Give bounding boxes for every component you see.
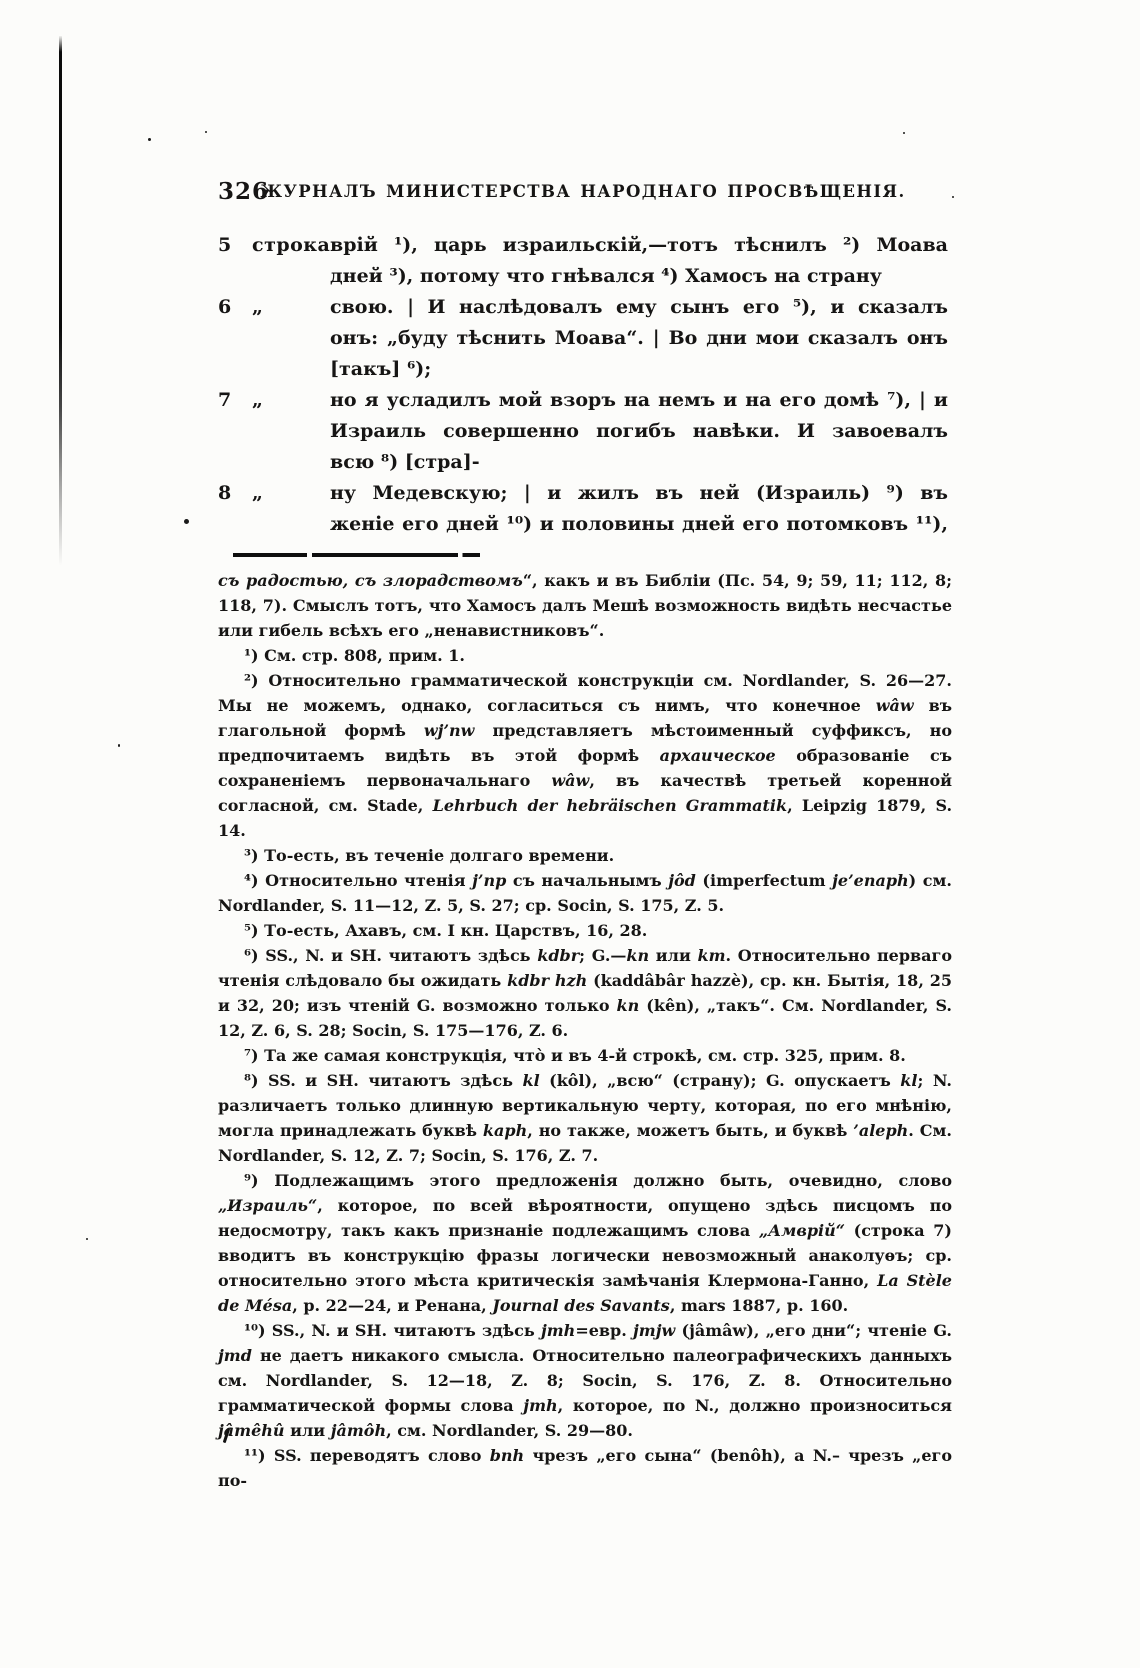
footnote-9: ⁹) Подлежащимъ этого предложенія должно …	[218, 1168, 952, 1318]
stele-line-row-7: 7 „ но я усладилъ мой взоръ на немъ и на…	[218, 385, 948, 478]
line-ref: 8 „	[218, 478, 330, 540]
line-ref: 7 „	[218, 385, 330, 478]
line-number: 5	[218, 230, 252, 292]
footnote-7: ⁷) Та же самая конструкція, что̀ и въ 4-…	[218, 1043, 952, 1068]
line-number: 6	[218, 292, 252, 385]
footnote-2: ²) Относительно грамматической конструкц…	[218, 668, 952, 843]
scan-speck	[205, 131, 207, 133]
scan-speck	[952, 196, 954, 198]
line-text: врій ¹), царь израильскій,—тотъ тѣснилъ …	[330, 230, 948, 292]
scanned-journal-page: 326 ЖУРНАЛЪ МИНИСТЕРСТВА НАРОДНАГО ПРОСВ…	[0, 0, 1140, 1668]
scan-speck	[86, 1238, 88, 1240]
footnote-3: ³) То-есть, въ теченіе долгаго времени.	[218, 843, 952, 868]
line-text: свою. | И наслѣдовалъ ему сынъ его ⁵), и…	[330, 292, 948, 385]
scan-speck	[903, 132, 905, 134]
line-text: ну Медевскую; | и жилъ въ ней (Израиль) …	[330, 478, 948, 540]
line-text: но я усладилъ мой взоръ на немъ и на его…	[330, 385, 948, 478]
ditto-mark: „	[252, 292, 263, 385]
scan-speck	[148, 138, 151, 141]
page-header: 326 ЖУРНАЛЪ МИНИСТЕРСТВА НАРОДНАГО ПРОСВ…	[218, 178, 948, 201]
footnote-1: ¹) См. стр. 808, прим. 1.	[218, 643, 952, 668]
stele-text-line: дней ³), потому что гнѣвался ⁴) Хамосъ н…	[330, 261, 948, 292]
footnote-separator	[233, 553, 480, 557]
ditto-mark: „	[252, 385, 263, 478]
footnote-continuation: съ радостью, съ злорадствомъ“, какъ и въ…	[218, 568, 952, 643]
stele-line-row-8: 8 „ ну Медевскую; | и жилъ въ ней (Израи…	[218, 478, 948, 540]
journal-title: ЖУРНАЛЪ МИНИСТЕРСТВА НАРОДНАГО ПРОСВѢЩЕН…	[218, 178, 948, 201]
scan-speck	[184, 519, 189, 524]
ditto-mark: „	[252, 478, 263, 540]
footnote-10: ¹⁰) SS., N. и SH. читаютъ здѣсь jmh=евр.…	[218, 1318, 952, 1443]
line-number: 7	[218, 385, 252, 478]
stele-text-line: онъ: „буду тѣснить Моава“. | Во дни мои …	[330, 323, 948, 354]
stele-text-line: свою. | И наслѣдовалъ ему сынъ его ⁵), и…	[330, 292, 948, 323]
line-ref: 6 „	[218, 292, 330, 385]
stele-text-line: врій ¹), царь израильскій,—тотъ тѣснилъ …	[330, 230, 948, 261]
scan-speck	[118, 744, 120, 747]
page-number: 326	[218, 178, 269, 205]
footnote-4: ⁴) Относительно чтенія j’np съ начальным…	[218, 868, 952, 918]
stele-text-line: но я усладилъ мой взоръ на немъ и на его…	[330, 385, 948, 416]
line-ref: 5 строка	[218, 230, 330, 292]
stele-line-row-5: 5 строка врій ¹), царь израильскій,—тотъ…	[218, 230, 948, 292]
footnote-11: ¹¹) SS. переводятъ слово bnh чрезъ „его …	[218, 1443, 952, 1493]
main-text-block: 5 строка врій ¹), царь израильскій,—тотъ…	[218, 230, 948, 540]
stele-text-line: всю ⁸) [стра]-	[330, 447, 948, 478]
line-number: 8	[218, 478, 252, 540]
stele-text-line: ну Медевскую; | и жилъ въ ней (Израиль) …	[330, 478, 948, 509]
scan-artifact-line	[59, 36, 62, 566]
stele-text-line: Израиль совершенно погибъ навѣки. И заво…	[330, 416, 948, 447]
footnote-5: ⁵) То-есть, Ахавъ, см. I кн. Царствъ, 16…	[218, 918, 952, 943]
footnotes-block: съ радостью, съ злорадствомъ“, какъ и въ…	[218, 568, 952, 1493]
stele-text-line: [такъ] ⁶);	[330, 354, 948, 385]
stele-text-line: женіе его дней ¹⁰) и половины дней его п…	[330, 509, 948, 540]
footnote-8: ⁸) SS. и SH. читаютъ здѣсь kl (kôl), „вс…	[218, 1068, 952, 1168]
line-number-label: строка	[252, 230, 330, 292]
footnote-6: ⁶) SS., N. и SH. читаютъ здѣсь kdbr; G.—…	[218, 943, 952, 1043]
stele-line-row-6: 6 „ свою. | И наслѣдовалъ ему сынъ его ⁵…	[218, 292, 948, 385]
